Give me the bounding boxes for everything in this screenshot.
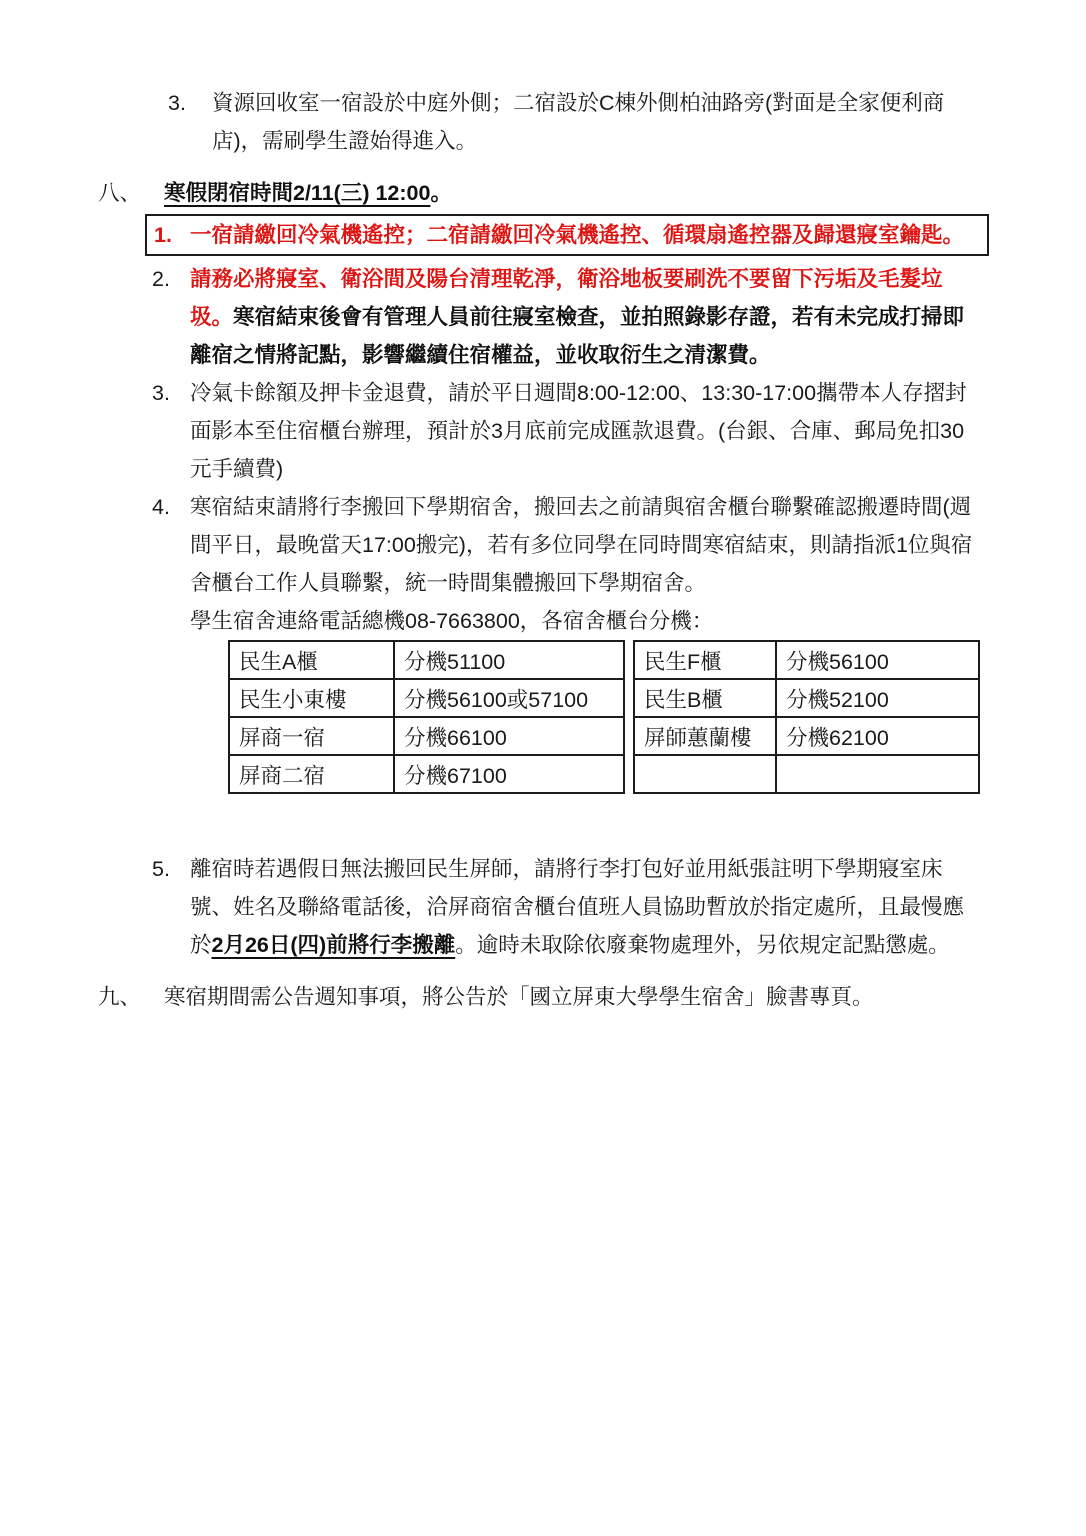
table-cell: 分機56100 [776, 641, 979, 679]
text-segment: 元手續費) [190, 457, 283, 481]
text-segment: 號、姓名及聯絡電話後，洽屏商宿舍櫃台值班人員協助暫放於指定處所，且最慢應 [190, 895, 964, 919]
list-text: 請務必將寢室、衛浴間及陽台清理乾淨，衛浴地板要刷洗不要留下污垢及毛髮垃圾。寒宿結… [190, 260, 1086, 374]
text-segment: 舍櫃台工作人員聯繫，統一時間集體搬回下學期宿舍。 [190, 571, 706, 595]
text-line: 離宿之情將記點，影響繼續住宿權益，並收取衍生之清潔費。 [190, 336, 1086, 374]
item-3-recycling: 3.資源回收室一宿設於中庭外側；二宿設於C棟外側柏油路旁(對面是全家便利商店)，… [0, 84, 1086, 160]
table-cell: 分機56100或57100 [394, 679, 624, 717]
text-line: 冷氣卡餘額及押卡金退費，請於平日週間8:00-12:00、13:30-17:00… [190, 374, 1086, 412]
table-cell: 屏師蕙蘭樓 [634, 717, 776, 755]
text-line: 離宿時若遇假日無法搬回民生屏師，請將行李打包好並用紙張註明下學期寢室床 [190, 850, 1086, 888]
text-segment: 請務必將寢室、衛浴間及陽台清理乾淨，衛浴地板要刷洗不要留下污垢及毛髮垃 [190, 267, 943, 291]
text-segment: 。逾時未取除依廢棄物處理外，另依規定記點懲處。 [455, 933, 950, 957]
document-content: 3.資源回收室一宿設於中庭外側；二宿設於C棟外側柏油路旁(對面是全家便利商店)，… [0, 0, 1086, 1016]
section-9-facebook: 九、寒宿期間需公告週知事項，將公告於「國立屏東大學學生宿舍」臉書專頁。 [0, 978, 1086, 1016]
text-line: 請務必將寢室、衛浴間及陽台清理乾淨，衛浴地板要刷洗不要留下污垢及毛髮垃 [190, 260, 1086, 298]
text-segment: 面影本至住宿櫃台辦理，預計於3月底前完成匯款退費。(台銀、合庫、郵局免扣30 [190, 419, 964, 443]
text-line: 資源回收室一宿設於中庭外側；二宿設於C棟外側柏油路旁(對面是全家便利商 [212, 84, 1086, 122]
text-segment: 一宿請繳回冷氣機遙控；二宿請繳回冷氣機遙控、循環扇遙控器及歸還寢室鑰匙。 [190, 223, 964, 247]
item-3-refund: 3.冷氣卡餘額及押卡金退費，請於平日週間8:00-12:00、13:30-17:… [0, 374, 1086, 488]
item-2-cleaning: 2.請務必將寢室、衛浴間及陽台清理乾淨，衛浴地板要刷洗不要留下污垢及毛髮垃圾。寒… [0, 260, 1086, 374]
text-line: 寒宿結束請將行李搬回下學期宿舍，搬回去之前請與宿舍櫃台聯繫確認搬遷時間(週 [190, 488, 1086, 526]
text-segment: 店)，需刷學生證始得進入。 [212, 129, 477, 153]
table-row: 民生F櫃分機56100 [634, 641, 979, 679]
table-row: 屏商一宿分機66100 [229, 717, 624, 755]
table-cell: 屏商二宿 [229, 755, 394, 793]
table-cell: 民生B櫃 [634, 679, 776, 717]
text-segment: 間平日，最晚當天17:00搬完)，若有多位同學在同時間寒宿結束，則請指派1位與宿 [190, 533, 972, 557]
section-8-heading: 八、寒假閉宿時間2/11(三) 12:00。 [0, 176, 1086, 210]
text-segment: 離宿時若遇假日無法搬回民生屏師，請將行李打包好並用紙張註明下學期寢室床 [190, 857, 943, 881]
table-row: 屏商二宿分機67100 [229, 755, 624, 793]
section-marker: 八、 [98, 176, 164, 210]
table-cell: 民生小東樓 [229, 679, 394, 717]
text-line: 圾。寒宿結束後會有管理人員前往寢室檢查，並拍照錄影存證，若有未完成打掃即 [190, 298, 1086, 336]
text-segment: 。 [430, 181, 452, 205]
list-number: 4. [152, 488, 190, 526]
table-row: 民生A櫃分機51100 [229, 641, 624, 679]
text-segment: 寒假閉宿時間2/11(三) 12:00 [164, 181, 430, 205]
list-text: 寒宿結束請將行李搬回下學期宿舍，搬回去之前請與宿舍櫃台聯繫確認搬遷時間(週間平日… [190, 488, 1086, 640]
table-cell: 屏商一宿 [229, 717, 394, 755]
table-row [634, 755, 979, 793]
table-cell [634, 755, 776, 793]
text-line: 面影本至住宿櫃台辦理，預計於3月底前完成匯款退費。(台銀、合庫、郵局免扣30 [190, 412, 1086, 450]
section-text: 寒宿期間需公告週知事項，將公告於「國立屏東大學學生宿舍」臉書專頁。 [164, 978, 874, 1016]
text-segment: 於 [190, 933, 212, 957]
section-text: 寒假閉宿時間2/11(三) 12:00。 [164, 176, 452, 210]
list-number: 3. [152, 374, 190, 412]
text-segment: 圾。 [190, 305, 233, 329]
extension-table: 民生A櫃分機51100民生小東樓分機56100或57100屏商一宿分機66100… [228, 640, 1086, 794]
table-cell: 分機67100 [394, 755, 624, 793]
list-text: 離宿時若遇假日無法搬回民生屏師，請將行李打包好並用紙張註明下學期寢室床號、姓名及… [190, 850, 1086, 964]
box-text: 一宿請繳回冷氣機遙控；二宿請繳回冷氣機遙控、循環扇遙控器及歸還寢室鑰匙。 [190, 217, 964, 253]
text-line: 元手續費) [190, 450, 1086, 488]
text-segment: 資源回收室一宿設於中庭外側；二宿設於C棟外側柏油路旁(對面是全家便利商 [212, 91, 944, 115]
boxed-item-1: 1.一宿請繳回冷氣機遙控；二宿請繳回冷氣機遙控、循環扇遙控器及歸還寢室鑰匙。 [145, 214, 989, 256]
text-segment: 學生宿舍連絡電話總機08-7663800，各宿舍櫃台分機： [190, 609, 713, 633]
phone-table-left: 民生A櫃分機51100民生小東樓分機56100或57100屏商一宿分機66100… [228, 640, 625, 794]
text-segment: 2月26日(四)前將行李搬離 [212, 933, 456, 957]
table-row: 民生B櫃分機52100 [634, 679, 979, 717]
text-line: 學生宿舍連絡電話總機08-7663800，各宿舍櫃台分機： [190, 602, 1086, 640]
text-segment: 離宿之情將記點，影響繼續住宿權益，並收取衍生之清潔費。 [190, 343, 771, 367]
list-text: 資源回收室一宿設於中庭外側；二宿設於C棟外側柏油路旁(對面是全家便利商店)，需刷… [212, 84, 1086, 160]
text-line: 於2月26日(四)前將行李搬離。逾時未取除依廢棄物處理外，另依規定記點懲處。 [190, 926, 1086, 964]
item-5-luggage: 5.離宿時若遇假日無法搬回民生屏師，請將行李打包好並用紙張註明下學期寢室床號、姓… [0, 850, 1086, 964]
table-row: 民生小東樓分機56100或57100 [229, 679, 624, 717]
section-marker: 九、 [98, 978, 164, 1016]
text-line: 號、姓名及聯絡電話後，洽屏商宿舍櫃台值班人員協助暫放於指定處所，且最慢應 [190, 888, 1086, 926]
text-line: 舍櫃台工作人員聯繫，統一時間集體搬回下學期宿舍。 [190, 564, 1086, 602]
text-line: 間平日，最晚當天17:00搬完)，若有多位同學在同時間寒宿結束，則請指派1位與宿 [190, 526, 1086, 564]
text-segment: 寒宿期間需公告週知事項，將公告於「國立屏東大學學生宿舍」臉書專頁。 [164, 985, 874, 1009]
table-cell [776, 755, 979, 793]
table-cell: 分機62100 [776, 717, 979, 755]
document-page: 3.資源回收室一宿設於中庭外側；二宿設於C棟外側柏油路旁(對面是全家便利商店)，… [0, 0, 1086, 1536]
table-cell: 分機51100 [394, 641, 624, 679]
box-number: 1. [147, 217, 190, 253]
list-text: 冷氣卡餘額及押卡金退費，請於平日週間8:00-12:00、13:30-17:00… [190, 374, 1086, 488]
phone-table-right: 民生F櫃分機56100民生B櫃分機52100屏師蕙蘭樓分機62100 [633, 640, 980, 794]
text-segment: 寒宿結束後會有管理人員前往寢室檢查，並拍照錄影存證，若有未完成打掃即 [233, 305, 964, 329]
table-cell: 民生A櫃 [229, 641, 394, 679]
table-row: 屏師蕙蘭樓分機62100 [634, 717, 979, 755]
list-number: 2. [152, 260, 190, 298]
list-number: 3. [168, 84, 212, 122]
item-4-move-back: 4.寒宿結束請將行李搬回下學期宿舍，搬回去之前請與宿舍櫃台聯繫確認搬遷時間(週間… [0, 488, 1086, 640]
text-segment: 冷氣卡餘額及押卡金退費，請於平日週間8:00-12:00、13:30-17:00… [190, 381, 967, 405]
table-cell: 分機66100 [394, 717, 624, 755]
text-segment: 寒宿結束請將行李搬回下學期宿舍，搬回去之前請與宿舍櫃台聯繫確認搬遷時間(週 [190, 495, 971, 519]
text-line: 店)，需刷學生證始得進入。 [212, 122, 1086, 160]
table-cell: 分機52100 [776, 679, 979, 717]
list-number: 5. [152, 850, 190, 888]
table-cell: 民生F櫃 [634, 641, 776, 679]
